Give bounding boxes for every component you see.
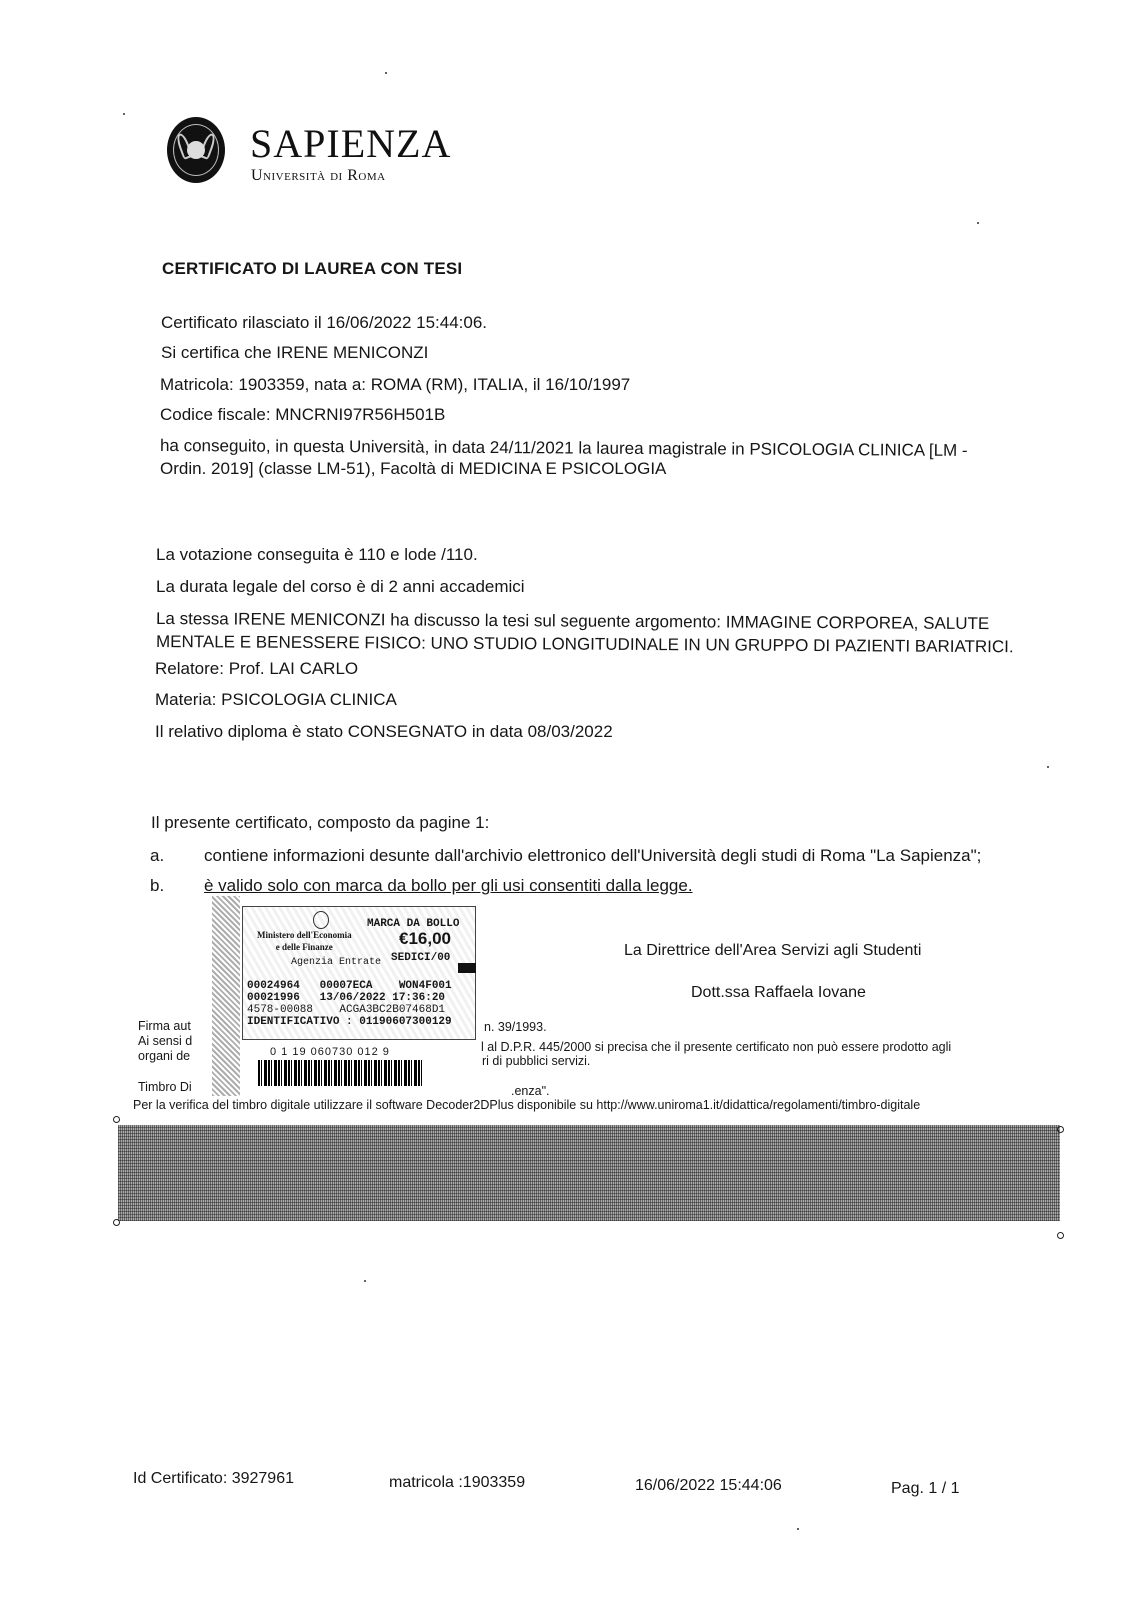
legal-timbro-left: Timbro Di (138, 1080, 192, 1094)
stamp-box: Ministero dell'Economia e delle Finanze … (242, 906, 476, 1040)
scan-speck (385, 72, 387, 74)
thesis-line-2: MENTALE E BENESSERE FISICO: UNO STUDIO L… (156, 632, 1014, 657)
digital-seal-barcode (118, 1125, 1060, 1221)
diploma-line: Il relativo diploma è stato CONSEGNATO i… (155, 722, 613, 742)
scan-speck (977, 222, 979, 224)
university-seal-icon (167, 117, 225, 183)
pages-intro: Il presente certificato, composto da pag… (151, 813, 489, 833)
matricola-line: Matricola: 1903359, nata a: ROMA (RM), I… (160, 375, 630, 395)
stamp-row-2: 00021996 13/06/2022 17:36:20 (247, 993, 445, 1004)
verification-note: Per la verifica del timbro digitale util… (133, 1098, 920, 1112)
republic-emblem-icon (313, 911, 329, 929)
stamp-row-3: 4578-00088 ACGA3BC2B07468D1 (247, 1005, 445, 1016)
signature-role: La Direttrice dell'Area Servizi agli Stu… (624, 942, 921, 960)
signature-name: Dott.ssa Raffaela Iovane (691, 984, 866, 1002)
barcode-icon (258, 1060, 423, 1086)
footer-matricola: matricola :1903359 (389, 1474, 525, 1492)
item-b-text: è valido solo con marca da bollo per gli… (204, 876, 693, 896)
stamp-row-1: 00024964 00007ECA WON4F001 (247, 981, 452, 992)
corner-mark-icon (113, 1219, 120, 1226)
issued-line: Certificato rilasciato il 16/06/2022 15:… (161, 313, 487, 333)
scan-speck (364, 1280, 366, 1282)
stamp-ministero: Ministero dell'Economia e delle Finanze (257, 929, 352, 953)
footer-timestamp: 16/06/2022 15:44:06 (635, 1477, 782, 1495)
stamp-value-words: SEDICI/00 (391, 953, 450, 964)
revenue-stamp: Ministero dell'Economia e delle Finanze … (212, 896, 482, 1096)
materia-line: Materia: PSICOLOGIA CLINICA (155, 690, 397, 710)
brand-subtitle: Università di Roma (251, 167, 386, 185)
legal-firma-right: n. 39/1993. (484, 1020, 547, 1034)
seal-face (187, 141, 205, 159)
item-a-text: contiene informazioni desunte dall'archi… (204, 846, 981, 866)
corner-mark-icon (1057, 1232, 1064, 1239)
stamp-agenzia: Agenzia Entrate (291, 957, 381, 968)
relatore-line: Relatore: Prof. LAI CARLO (155, 659, 358, 679)
legal-organi-left: organi de (138, 1049, 190, 1063)
brand-name: SAPIENZA (250, 124, 451, 164)
scan-speck (123, 113, 125, 115)
stamp-security-strip (212, 896, 240, 1096)
legal-ai-sensi-left: Ai sensi d (138, 1034, 192, 1048)
stamp-black-mark (458, 963, 476, 973)
codice-fiscale-line: Codice fiscale: MNCRNI97R56H501B (160, 405, 445, 425)
legal-organi-right: ri di pubblici servizi. (482, 1054, 590, 1068)
item-a-marker: a. (150, 846, 164, 866)
stamp-row-4: IDENTIFICATIVO : 01190607300129 (247, 1017, 452, 1028)
footer-id-certificato: Id Certificato: 3927961 (133, 1470, 294, 1488)
grade-line: La votazione conseguita è 110 e lode /11… (156, 545, 478, 565)
duration-line: La durata legale del corso è di 2 anni a… (156, 577, 525, 597)
corner-mark-icon (1057, 1126, 1064, 1133)
item-b-marker: b. (150, 876, 164, 896)
corner-mark-icon (113, 1116, 120, 1123)
certify-line: Si certifica che IRENE MENICONZI (161, 343, 428, 363)
scan-speck (1047, 766, 1049, 768)
legal-firma-left: Firma aut (138, 1019, 191, 1033)
degree-line-1: ha conseguito, in questa Università, in … (160, 436, 968, 461)
scan-speck (797, 1528, 799, 1530)
degree-line-2: Ordin. 2019] (classe LM-51), Facoltà di … (160, 459, 666, 479)
thesis-line-1: La stessa IRENE MENICONZI ha discusso la… (156, 609, 989, 634)
legal-timbro-right: .enza". (511, 1084, 550, 1098)
stamp-value: €16,00 (399, 933, 451, 944)
document-title: CERTIFICATO DI LAUREA CON TESI (162, 259, 462, 279)
legal-ai-sensi-right: l al D.P.R. 445/2000 si precisa che il p… (481, 1040, 951, 1054)
stamp-barcode-number: 0 1 19 060730 012 9 (270, 1046, 390, 1058)
footer-page: Pag. 1 / 1 (891, 1480, 960, 1498)
